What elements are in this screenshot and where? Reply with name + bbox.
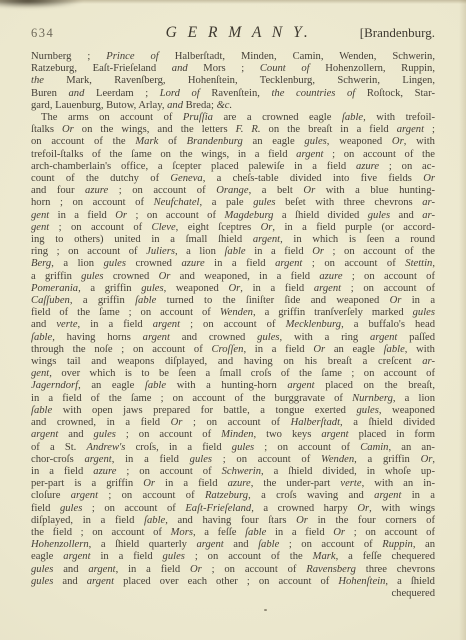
text-line: ing to others) united in a ſmall ſhield … [31,234,435,246]
roman-text: on the wings, and the letters [82,124,236,135]
roman-text: and [399,210,423,221]
italic-text: Geneva [170,173,202,184]
italic-text: Mors [171,527,193,538]
roman-text: and [62,576,86,587]
roman-text: , two keys [253,429,321,440]
text-line: the field ; on account of Mors, a feſſe … [31,527,435,539]
text-line: eagle argent in a field gules ; on accou… [31,551,435,563]
roman-text: and [63,564,88,575]
text-line: and verte, in a field argent ; on accoun… [31,319,435,331]
roman-text: , a griffin tranſverſely marked [253,307,413,318]
roman-text: in a field [58,210,116,221]
italic-text: azure [356,161,379,172]
italic-text: Or [390,295,412,306]
italic-text: ſable [384,344,405,355]
italic-text: gules [94,429,116,440]
italic-text: gules [104,258,136,269]
roman-text: , in a field purple (or accord- [272,222,435,233]
text-line: chor-croſs argent, in a field gules ; on… [31,454,435,466]
italic-text: gules [81,271,113,282]
italic-text: ſable [144,515,165,526]
roman-text: , a crowned harpy [251,503,357,514]
italic-text: gules [368,210,399,221]
italic-text: Minden [221,429,253,440]
italic-text: ſable [245,527,275,538]
roman-text: chor-croſs [31,454,84,465]
roman-text: Leerdam ; [96,88,160,99]
text-line: argent and gules ; on account of Minden,… [31,429,435,441]
italic-text: Camin [360,442,388,453]
italic-text: argent [31,429,68,440]
italic-text: Or [303,185,325,196]
italic-text: gules [190,454,212,465]
roman-text: ; on ac- [379,161,435,172]
italic-text: gent [31,368,49,379]
italic-text: gules [232,442,254,453]
roman-text: in a field [254,246,312,257]
italic-text: Hohenzollern [31,539,89,550]
italic-text: verte [56,319,77,330]
roman-text: , an [413,539,435,550]
roman-text: , with a ring [280,332,371,343]
italic-text: Or [421,454,433,465]
italic-text: &c. [217,100,233,111]
text-line: diſplayed, in a field ſable, and having … [31,515,435,527]
italic-text: Or [62,124,82,135]
roman-text: ing to others) united in a ſmall ſhield [31,234,253,245]
italic-text: Or [312,246,324,257]
roman-text: ; on account of [49,222,151,233]
italic-text: argent [84,454,111,465]
italic-text: and [68,88,95,99]
italic-text: Count of [260,63,325,74]
roman-text: , in which is ſeen a round [280,234,435,245]
italic-text: Stettin [405,258,432,269]
section-label: [Brandenburg. [360,25,435,41]
roman-text: arch-chamberlain's office, a ſcepter pla… [31,161,356,172]
italic-text: Or [392,136,404,147]
italic-text: azure [319,271,342,282]
italic-text: ſable [342,112,363,123]
roman-text: placed in form [359,429,435,440]
roman-text: , with an in- [362,478,435,489]
roman-text: ; on account of [302,258,405,269]
italic-text: Cleve [152,222,176,233]
roman-text: , a ſhield quarterly [89,539,197,550]
roman-text: , a griffin [78,283,141,294]
text-line: Jagerndorf, an eagle ſable with a huntin… [31,380,435,392]
roman-text: , a lion [51,258,103,269]
italic-text: the [31,75,66,86]
italic-text: Orange [216,185,248,196]
italic-text: argent [275,258,302,269]
italic-text: Mecklenburg [286,319,342,330]
roman-text: an eagle [334,344,384,355]
roman-text: , a feſſe chequered [336,551,435,562]
italic-text: verte [340,478,361,489]
text-line: Buren and Leerdam ; Lord of Ravenſtein, … [31,88,435,100]
roman-text: on the breaſt in a field [269,124,397,135]
italic-text: ſable [145,380,177,391]
roman-text: , a pale [199,197,253,208]
roman-text: , a feſſe [193,527,245,538]
italic-text: Nurnberg [352,393,393,404]
roman-text: of [168,136,187,147]
italic-text: ſable [31,405,63,416]
text-line: of a St. Andrew's croſs, in a field gule… [31,442,435,454]
italic-text: Eaſt-Frieſeland [185,503,251,514]
italic-text: gules [413,307,435,318]
roman-text: , a griffin [354,454,420,465]
text-line: and crowned, in a field Or ; on account … [31,417,435,429]
italic-text: gules [304,136,326,147]
roman-text: beſet with three chevrons [285,197,422,208]
page-title: G E R M A N Y. [117,24,360,42]
italic-text: Jagerndorf [31,380,78,391]
italic-text: ſable [135,295,167,306]
italic-text: Or [115,210,127,221]
roman-text: are a crowned eagle [223,112,341,123]
italic-text: gent [31,210,58,221]
text-line: Ratzeburg, Eaſt-Frieſeland and Mors ; Co… [31,63,435,75]
roman-text: ; on account of [202,564,307,575]
italic-text: Prince of [106,51,174,62]
roman-text: turned to the ſiniſter ſide and weaponed [167,295,390,306]
italic-text: F. R. [236,124,269,135]
italic-text: gules [253,197,285,208]
italic-text: Or [159,271,180,282]
italic-text: argent [196,539,233,550]
italic-text: Or [143,478,165,489]
roman-text: , [432,454,435,465]
roman-text: Halberſtadt, Minden, Camin, Wenden, Schw… [175,51,435,62]
italic-text: and [167,100,186,111]
roman-text: croſs, in a field [136,442,232,453]
text-line: and four azure ; on account of Orange, a… [31,185,435,197]
text-line: gent in a field Or ; on account of Magde… [31,210,435,222]
italic-text: Or [229,283,241,294]
roman-text: , a griffin [70,295,135,306]
roman-text: ; on account of [212,454,321,465]
italic-text: azure [85,185,108,196]
italic-text: argent [287,380,325,391]
italic-text: Or [296,515,317,526]
italic-text: argent [321,429,358,440]
italic-text: azure [93,466,116,477]
roman-text: Mark, Ravenſberg, Hohenſtein, Tecklenbur… [66,75,435,86]
roman-text: , weaponed [379,405,435,416]
text-line: ſtalks Or on the wings, and the letters … [31,124,435,136]
italic-text: Lord of [160,88,212,99]
roman-text: in a [412,490,435,501]
roman-text: , with [404,136,435,147]
roman-text: ; on account of [345,527,435,538]
italic-text: Or [261,222,273,233]
italic-text: argent [397,124,424,135]
italic-text: Ruppin [382,539,413,550]
text-line: chequered [31,588,435,600]
roman-text: ; on account of [341,283,435,294]
italic-text: gent [31,222,49,233]
roman-text: , with wings [369,503,435,514]
italic-text: gules [60,503,82,514]
italic-text: azure [182,258,215,269]
italic-text: argent [87,576,123,587]
text-line: arch-chamberlain's office, a ſcepter pla… [31,161,435,173]
roman-text: diſplayed, in a field [31,515,144,526]
roman-text: , and having four ſtars [165,515,296,526]
roman-text: and [68,429,93,440]
italic-text: ar- [422,197,435,208]
text-line: in a field azure ; on account of Schweri… [31,466,435,478]
text-line: count of the dutchy of Geneva, a cheſs-t… [31,173,435,185]
italic-text: Mark [313,551,336,562]
italic-text: Halberſtadt [291,417,340,428]
italic-text: Hohenſtein [338,576,385,587]
roman-text: ; on account of the [323,149,435,160]
roman-text: , in a field [116,564,190,575]
roman-text: per-part is a griffin [31,478,143,489]
text-line: gules and argent, in a field Or ; on acc… [31,564,435,576]
roman-text: and weaponed, in a field [180,271,320,282]
roman-text: , in a field [243,344,313,355]
text-line: horn ; on account of Neufchatel, a pale … [31,197,435,209]
text-line: ſable, having horns argent and crowned g… [31,332,435,344]
italic-text: ſable [224,246,254,257]
text-line: the Mark, Ravenſberg, Hohenſtein, Teckle… [31,75,435,87]
roman-text: ; on account of [180,319,286,330]
italic-text: argent [370,332,409,343]
roman-text: eagle [31,551,63,562]
roman-text: , a lion [393,393,435,404]
roman-text: ; on account of [108,185,216,196]
italic-text: Croſſen [211,344,243,355]
roman-text: a ſhield divided [282,210,368,221]
text-line: Pomerania, a griffin gules, weaponed Or,… [31,283,435,295]
italic-text: Neufchatel [154,197,200,208]
italic-text: Magdeburg [224,210,281,221]
roman-text: placed on the breaſt, [325,380,435,391]
roman-text: , a croſs waving and [248,490,374,501]
text-line: gent, over which is to be ſeen a ſmall c… [31,368,435,380]
italic-text: azure [228,478,251,489]
page-number: 634 [31,26,117,41]
italic-text: gules [163,551,185,562]
roman-text: , with trefoil- [363,112,435,123]
roman-text: crowned [136,258,182,269]
roman-text: through the noſe ; on account of [31,344,211,355]
running-header: 634 G E R M A N Y. [Brandenburg. [0,24,466,42]
italic-text: Caſſuben [31,295,70,306]
roman-text: the field ; on account of [31,527,171,538]
roman-text: crowned [113,271,159,282]
italic-text: Or [333,527,345,538]
italic-text: Or [313,344,334,355]
roman-text: chequered [391,588,435,599]
roman-text: field of the ſame ; on account of [31,307,220,318]
roman-text: ; on account of [116,429,221,440]
roman-text: cloſure [31,490,71,501]
roman-text: wings tail and weapons diſplayed, and ha… [31,356,422,367]
italic-text: Or [357,503,369,514]
roman-text: , a lion [175,246,224,257]
text-line: Hohenzollern, a ſhield quarterly argent … [31,539,435,551]
scan-smudge [0,0,82,8]
italic-text: argent [374,490,412,501]
roman-text: Breda; [186,100,217,111]
roman-text: , weaponed [327,136,392,147]
roman-text: The arms on account of [41,112,183,123]
italic-text: argent [63,551,100,562]
roman-text: horn ; on account of [31,197,154,208]
text-line: per-part is a griffin Or in a field azur… [31,478,435,490]
roman-text: in a field [275,527,333,538]
text-line: gard, Lauenburg, Butow, Arlay, and Breda… [31,100,435,112]
roman-text: , eight ſceptres [176,222,261,233]
roman-text: paſſed [409,332,435,343]
scan-speck [264,609,267,611]
roman-text: with a blue hunting- [326,185,435,196]
italic-text: Or [190,564,202,575]
roman-text: , a ſhield [385,576,435,587]
book-page: 634 G E R M A N Y. [Brandenburg. Nurnber… [0,0,466,640]
roman-text: count of the dutchy of [31,173,170,184]
italic-text: gules [357,405,379,416]
italic-text: Ravensberg [306,564,365,575]
roman-text: in a field [31,466,93,477]
roman-text: , an eagle [78,380,145,391]
text-line: trefoil-ſtalks of the ſame on the wings,… [31,149,435,161]
roman-text: with a hunting-horn [177,380,288,391]
roman-text: , in a field [240,283,314,294]
roman-text: and crowned, in a field [31,417,171,428]
italic-text: gules [31,576,62,587]
italic-text: argent [253,234,280,245]
roman-text: an eagle [253,136,305,147]
italic-text: argent [153,319,180,330]
italic-text: and [172,63,204,74]
text-line: field gules ; on account of Eaſt-Frieſel… [31,503,435,515]
roman-text: with open jaws prepared for battle, a to… [63,405,357,416]
roman-text: , [432,258,435,269]
roman-text: , in a field [112,454,190,465]
text-line: Nurnberg ; Prince of Halberſtadt, Minden… [31,51,435,63]
roman-text: , a buffalo's head [341,319,435,330]
roman-text: ; on account of [279,539,382,550]
roman-text: three chevrons [366,564,435,575]
italic-text: Schwerin [222,466,261,477]
text-line: on account of the Mark of Brandenburg an… [31,136,435,148]
roman-text: a griffin [31,271,81,282]
roman-text: and [233,539,258,550]
text-line: field of the ſame ; on account of Wenden… [31,307,435,319]
page-right-edge-shadow [459,0,466,640]
roman-text: and [31,319,56,330]
text-line: Caſſuben, a griffin ſable turned to the … [31,295,435,307]
text-line: ſable with open jaws prepared for battle… [31,405,435,417]
italic-text: Wenden [220,307,253,318]
italic-text: Andrew's [86,442,135,453]
roman-text: placed over each other ; on account of [123,576,338,587]
text-block: Nurnberg ; Prince of Halberſtadt, Minden… [31,51,435,600]
text-line: gent ; on account of Cleve, eight ſceptr… [31,222,435,234]
roman-text: ; on account of the [185,551,313,562]
italic-text: ar- [422,210,435,221]
italic-text: Or [171,417,183,428]
roman-text: , a ſhield divided [340,417,435,428]
roman-text: on account of the [31,136,135,147]
roman-text: ; on account of [343,271,435,282]
roman-text: Ratzeburg, Eaſt-Frieſeland [31,63,172,74]
roman-text: , a cheſs-table divided into five fields [203,173,423,184]
text-line: Berg, a lion gules crowned azure in a fi… [31,258,435,270]
roman-text: Hohenzollern, Ruppin, [325,63,435,74]
roman-text: Buren [31,88,68,99]
roman-text: , with [405,344,435,355]
roman-text: in a field [100,551,162,562]
roman-text: ; on account of [182,417,290,428]
roman-text: of a St. [31,442,86,453]
roman-text: in the four corners of [318,515,435,526]
italic-text: Berg [31,258,51,269]
italic-text: Juliers [146,246,175,257]
roman-text: ; on account of [82,503,185,514]
italic-text: ſable [258,539,279,550]
roman-text: ; on account of [254,442,360,453]
roman-text: in a field [214,258,275,269]
roman-text: Mors ; [203,63,260,74]
italic-text: ſable [31,332,52,343]
roman-text: and four [31,185,85,196]
roman-text: and crowned [182,332,257,343]
italic-text: Or [423,173,435,184]
roman-text: ſtalks [31,124,62,135]
roman-text: , an an- [388,442,434,453]
text-line: a griffin gules crowned Or and weaponed,… [31,271,435,283]
roman-text: Ravenſtein, [211,88,271,99]
roman-text: , over which is to be ſeen a ſmall croſs… [49,368,435,379]
italic-text: Brandenburg [187,136,253,147]
italic-text: gules [31,564,63,575]
italic-text: Wenden [321,454,354,465]
italic-text: Pruſſia [183,112,224,123]
text-line: gules and argent placed over each other … [31,576,435,588]
italic-text: Pomerania [31,283,78,294]
roman-text: ; on account of [98,490,205,501]
roman-text: in a field of the ſame ; on account of t… [31,393,352,404]
italic-text: the countries of [271,88,366,99]
roman-text: ; on account of the [324,246,435,257]
text-line: in a field of the ſame ; on account of t… [31,393,435,405]
text-line: wings tail and weapons diſplayed, and ha… [31,356,435,368]
roman-text: , a ſhield divided, in whoſe up- [261,466,435,477]
italic-text: gules [257,332,279,343]
roman-text: gard, Lauenburg, Butow, Arlay, [31,100,167,111]
italic-text: argent [88,564,115,575]
italic-text: argent [143,332,182,343]
roman-text: ; [424,124,435,135]
italic-text: argent [71,490,98,501]
roman-text: , in a field [78,319,153,330]
roman-text: Roſtock, Star- [367,88,435,99]
italic-text: argent [296,149,323,160]
text-line: The arms on account of Pruſſia are a cro… [31,112,435,124]
roman-text: in a [412,295,435,306]
text-line: through the noſe ; on account of Croſſen… [31,344,435,356]
italic-text: argent [314,283,341,294]
roman-text: in a field [165,478,228,489]
roman-text: ; on account of [116,466,221,477]
